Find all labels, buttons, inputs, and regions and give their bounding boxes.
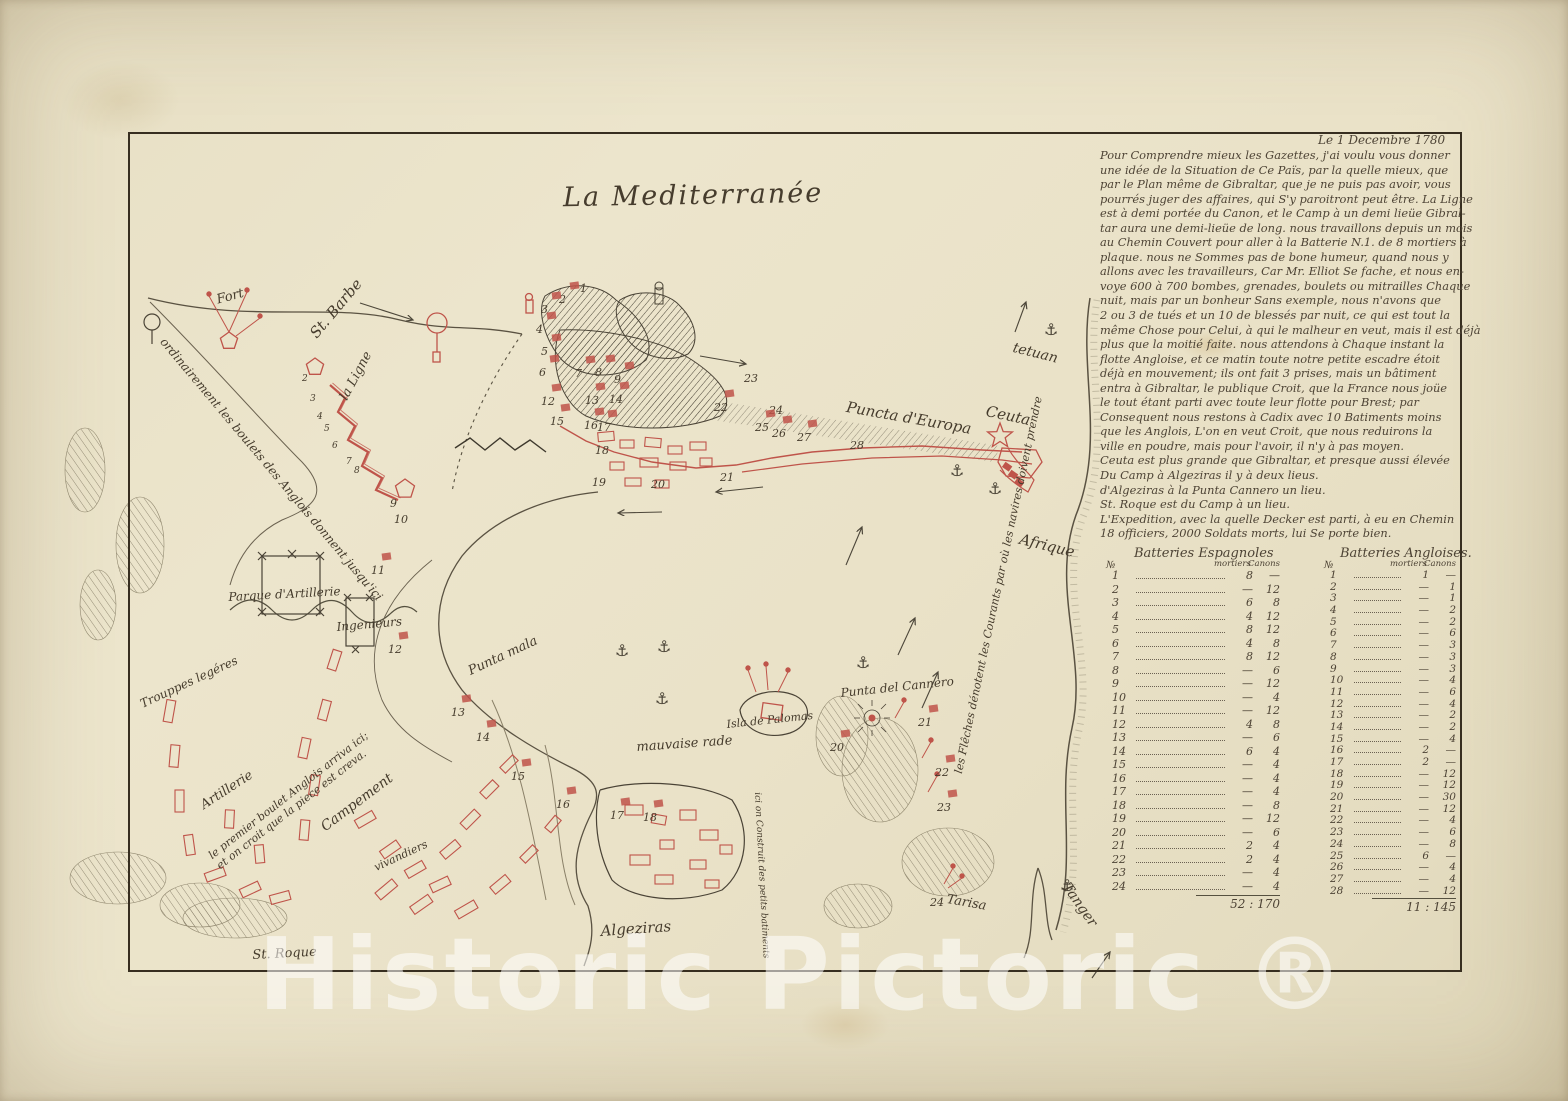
battery-row: 22—4 [1330, 814, 1456, 826]
bt-m: — [1405, 686, 1429, 698]
bt-c: 4 [1253, 772, 1280, 785]
commentary-line: nuit, mais par un bonheur Sans exemple, … [1100, 293, 1456, 308]
battery-row: 6—6 [1330, 627, 1456, 639]
bt-m: — [1405, 616, 1429, 628]
bt-dots [1136, 686, 1225, 687]
bt-dots [1136, 700, 1225, 701]
bt-c: — [1429, 744, 1456, 756]
bt-c: 4 [1253, 785, 1280, 798]
bt-c: 4 [1429, 733, 1456, 745]
bt-m: — [1229, 880, 1253, 893]
bt-m: — [1405, 873, 1429, 885]
bt-no: 13 [1112, 731, 1134, 744]
battery-row: 2124 [1112, 839, 1280, 853]
bt-m: — [1229, 866, 1253, 879]
battery-row: 26—4 [1330, 861, 1456, 873]
bt-m: — [1229, 664, 1253, 677]
commentary-line: voye 600 à 700 bombes, grenades, boulets… [1100, 279, 1456, 294]
bt-m: 4 [1229, 610, 1253, 623]
battery-row: 7—3 [1330, 639, 1456, 651]
battery-row: 2—12 [1112, 583, 1280, 597]
battery-row: 12—4 [1330, 698, 1456, 710]
bt-no: 8 [1330, 651, 1352, 663]
bt-dots [1136, 740, 1225, 741]
battery-row: 368 [1112, 596, 1280, 610]
bt-dots [1136, 848, 1225, 849]
bt-no: 5 [1330, 616, 1352, 628]
bt-c: 12 [1429, 885, 1456, 897]
commentary-line: L'Expedition, avec la quelle Decker est … [1100, 512, 1456, 527]
battery-row: 19—12 [1112, 812, 1280, 826]
bt-c: 4 [1253, 745, 1280, 758]
bt-no: 15 [1112, 758, 1134, 771]
bt-dots [1354, 858, 1401, 859]
bt-m: 6 [1229, 596, 1253, 609]
commentary-line: d'Algeziras à la Punta Cannero un lieu. [1100, 483, 1456, 498]
bt-dots [1354, 787, 1401, 788]
bt-no: 21 [1330, 803, 1352, 815]
bt-no: 4 [1112, 610, 1134, 623]
bt-m: 8 [1229, 650, 1253, 663]
bt-dots [1136, 808, 1225, 809]
battery-row: 5—2 [1330, 616, 1456, 628]
bt-dots [1354, 822, 1401, 823]
commentary-line: plaque. nous ne Sommes pas de bone humeu… [1100, 250, 1456, 265]
battery-row: 13—6 [1112, 731, 1280, 745]
bt-no: 20 [1330, 791, 1352, 803]
bt-dots [1136, 646, 1225, 647]
bt-c: 6 [1253, 731, 1280, 744]
battery-row: 11— [1330, 569, 1456, 581]
bt-m: — [1405, 814, 1429, 826]
bt-m: — [1405, 779, 1429, 791]
aged-paper-background: ⚓ ⚓ ⚓ ⚓ ⚓ ⚓ ⚓ ⚓ La Mediterranée Le 1 Dec… [0, 0, 1568, 1101]
bt-dots [1136, 619, 1225, 620]
bt-m: — [1405, 663, 1429, 675]
bt-m: 6 [1405, 850, 1429, 862]
bt-dots [1354, 600, 1401, 601]
mortiers-header: mortiers [1390, 559, 1424, 569]
bt-no: 24 [1330, 838, 1352, 850]
bt-c: 6 [1429, 826, 1456, 838]
commentary-line: allons avec les travailleurs, Car Mr. El… [1100, 264, 1456, 279]
commentary-line: plus que la moitié faite. nous attendons… [1100, 337, 1456, 352]
battery-row: 256— [1330, 850, 1456, 862]
bt-c: 2 [1429, 616, 1456, 628]
bt-m: — [1405, 674, 1429, 686]
bt-c: 1 [1429, 592, 1456, 604]
bt-m: — [1405, 885, 1429, 897]
commentary-line: flotte Angloise, et ce matin toute notre… [1100, 352, 1456, 367]
canons-header: Canons [1424, 559, 1456, 569]
bt-no: 6 [1330, 627, 1352, 639]
bt-m: — [1405, 627, 1429, 639]
bt-no: 13 [1330, 709, 1352, 721]
bt-no: 23 [1112, 866, 1134, 879]
bt-c: 2 [1429, 721, 1456, 733]
bt-dots [1136, 659, 1225, 660]
bt-dots [1136, 578, 1225, 579]
battery-row: 5812 [1112, 623, 1280, 637]
bt-no: 22 [1112, 853, 1134, 866]
bt-m: 8 [1229, 569, 1253, 582]
bt-dots [1354, 776, 1401, 777]
bt-c: 3 [1429, 663, 1456, 675]
bt-c: 4 [1253, 880, 1280, 893]
bt-dots [1354, 811, 1401, 812]
bt-c: 8 [1253, 718, 1280, 731]
bt-dots [1354, 612, 1401, 613]
bt-c: 6 [1429, 686, 1456, 698]
bt-dots [1354, 694, 1401, 695]
bt-m: — [1405, 604, 1429, 616]
bt-dots [1136, 889, 1225, 890]
bt-no: 19 [1330, 779, 1352, 791]
svg-text:⚓: ⚓ [655, 689, 669, 708]
bt-m: 4 [1229, 718, 1253, 731]
battery-row: 15—4 [1112, 758, 1280, 772]
bt-no: 9 [1112, 677, 1134, 690]
bt-dots [1354, 881, 1401, 882]
bt-no: 3 [1112, 596, 1134, 609]
bt-m: — [1405, 581, 1429, 593]
battery-row: 23—6 [1330, 826, 1456, 838]
bt-m: 4 [1229, 637, 1253, 650]
bt-dots [1354, 752, 1401, 753]
bt-no: 10 [1330, 674, 1352, 686]
bt-c: 6 [1253, 664, 1280, 677]
commentary-line: Du Camp à Algeziras il y à deux lieus. [1100, 468, 1456, 483]
battery-row: 15—4 [1330, 733, 1456, 745]
mortiers-header: mortiers [1214, 559, 1248, 569]
bt-dots [1354, 706, 1401, 707]
commentary-line: tar aura une demi-lieüe de long. nous tr… [1100, 221, 1456, 236]
svg-text:⚓: ⚓ [988, 479, 1002, 498]
commentary-line: Pour Comprendre mieux les Gazettes, j'ai… [1100, 148, 1456, 163]
bt-dots [1136, 767, 1225, 768]
bt-dots [1354, 589, 1401, 590]
bt-no: 11 [1112, 704, 1134, 717]
map-title: La Mediterranée [563, 178, 824, 214]
bt-dots [1354, 647, 1401, 648]
bt-no: 23 [1330, 826, 1352, 838]
bt-c: 8 [1253, 799, 1280, 812]
bt-no: 7 [1330, 639, 1352, 651]
battery-row: 18—8 [1112, 799, 1280, 813]
bt-no: 25 [1330, 850, 1352, 862]
bt-m: — [1405, 698, 1429, 710]
bt-m: 2 [1229, 853, 1253, 866]
bt-m: — [1229, 812, 1253, 825]
battery-row: 3—1 [1330, 592, 1456, 604]
bt-m: — [1405, 592, 1429, 604]
battery-row: 21—12 [1330, 803, 1456, 815]
bt-no: 2 [1112, 583, 1134, 596]
batteries-espagnoles-rows: 18—2—123684412581264878128—69—1210—411—1… [1112, 569, 1280, 893]
bt-dots [1136, 605, 1225, 606]
bt-m: — [1229, 826, 1253, 839]
bt-dots [1136, 673, 1225, 674]
bt-dots [1136, 794, 1225, 795]
bt-no: 26 [1330, 861, 1352, 873]
bt-no: 16 [1112, 772, 1134, 785]
bt-c: — [1253, 569, 1280, 582]
battery-row: 24—4 [1112, 880, 1280, 894]
commentary-line: Ceuta est plus grande que Gibraltar, et … [1100, 453, 1456, 468]
bt-no: 3 [1330, 592, 1352, 604]
battery-row: 24—8 [1330, 838, 1456, 850]
bt-c: 3 [1429, 651, 1456, 663]
bt-c: 3 [1429, 639, 1456, 651]
bt-no: 5 [1112, 623, 1134, 636]
bt-no: 15 [1330, 733, 1352, 745]
bt-c: 12 [1253, 623, 1280, 636]
bt-c: 4 [1253, 691, 1280, 704]
svg-text:⚓: ⚓ [856, 653, 870, 672]
commentary-line: que les Anglois, L'on en veut Croit, que… [1100, 424, 1456, 439]
battery-row: 19—12 [1330, 779, 1456, 791]
commentary-line: une idée de la Situation de Ce Païs, par… [1100, 163, 1456, 178]
bt-no: 7 [1112, 650, 1134, 663]
battery-row: 16—4 [1112, 772, 1280, 786]
bt-c: 8 [1253, 596, 1280, 609]
commentary-line: 2 ou 3 de tués et un 10 de blessés par n… [1100, 308, 1456, 323]
bt-c: 4 [1253, 866, 1280, 879]
bt-c: 2 [1429, 604, 1456, 616]
bt-c: 12 [1429, 779, 1456, 791]
commentary-line: même Chose pour Celui, à qui le malheur … [1100, 323, 1456, 338]
canons-header: Canons [1248, 559, 1280, 569]
bt-c: 12 [1253, 677, 1280, 690]
bt-m: — [1229, 731, 1253, 744]
bt-c: 12 [1253, 583, 1280, 596]
bt-no: 16 [1330, 744, 1352, 756]
bt-m: — [1405, 768, 1429, 780]
bt-m: — [1405, 791, 1429, 803]
espagnoles-total: 52 : 170 [1196, 895, 1280, 911]
bt-m: 2 [1405, 744, 1429, 756]
svg-text:⚓: ⚓ [657, 637, 671, 656]
bt-m: — [1405, 838, 1429, 850]
bt-m: — [1405, 826, 1429, 838]
bt-dots [1136, 821, 1225, 822]
gibraltar-rock-hatching [542, 282, 1000, 462]
battery-row: 14—2 [1330, 721, 1456, 733]
bt-dots [1354, 869, 1401, 870]
bt-c: — [1429, 850, 1456, 862]
battery-row: 9—12 [1112, 677, 1280, 691]
bt-dots [1136, 781, 1225, 782]
bt-dots [1136, 592, 1225, 593]
bt-dots [1136, 754, 1225, 755]
bt-m: — [1405, 861, 1429, 873]
bt-m: 1 [1405, 569, 1429, 581]
battery-row: 7812 [1112, 650, 1280, 664]
bt-m: — [1229, 785, 1253, 798]
bt-c: 4 [1429, 814, 1456, 826]
bt-no: 12 [1330, 698, 1352, 710]
commentary-line: St. Roque est du Camp à un lieu. [1100, 497, 1456, 512]
bt-no: 17 [1112, 785, 1134, 798]
hills-hatching [65, 428, 994, 938]
battery-row: 27—4 [1330, 873, 1456, 885]
bt-m: — [1405, 639, 1429, 651]
svg-text:⚓: ⚓ [615, 641, 629, 660]
bt-dots [1136, 727, 1225, 728]
batteries-espagnoles-table: № Batteries Espagnoles mortiers Canons 1… [1112, 546, 1280, 911]
battery-row: 4412 [1112, 610, 1280, 624]
bt-c: 2 [1429, 709, 1456, 721]
bt-dots [1354, 846, 1401, 847]
bt-dots [1354, 717, 1401, 718]
bt-c: — [1429, 569, 1456, 581]
battery-row: 2—1 [1330, 581, 1456, 593]
battery-row: 28—12 [1330, 885, 1456, 897]
bt-m: — [1229, 677, 1253, 690]
bt-no: 17 [1330, 756, 1352, 768]
bt-c: 1 [1429, 581, 1456, 593]
bt-no: 22 [1330, 814, 1352, 826]
commentary-line: est à demi portée du Canon, et le Camp à… [1100, 206, 1456, 221]
battery-row: 1248 [1112, 718, 1280, 732]
bt-c: 12 [1253, 650, 1280, 663]
bt-m: — [1405, 803, 1429, 815]
battery-row: 8—3 [1330, 651, 1456, 663]
bt-dots [1354, 635, 1401, 636]
bt-m: 8 [1229, 623, 1253, 636]
bt-dots [1136, 713, 1225, 714]
bt-dots [1136, 632, 1225, 633]
battery-row: 20—30 [1330, 791, 1456, 803]
no-column-header: № [1324, 560, 1333, 571]
angloises-total: 11 : 145 [1372, 898, 1456, 914]
battery-row: 172— [1330, 756, 1456, 768]
bt-c: 4 [1253, 853, 1280, 866]
bt-c: 12 [1429, 803, 1456, 815]
bt-m: — [1405, 721, 1429, 733]
bt-m: — [1229, 758, 1253, 771]
bt-m: — [1405, 651, 1429, 663]
bt-no: 18 [1112, 799, 1134, 812]
commentary-line: pourrés juger des affaires, qui S'y paro… [1100, 192, 1456, 207]
bt-no: 20 [1112, 826, 1134, 839]
bt-c: 4 [1429, 861, 1456, 873]
bt-no: 19 [1112, 812, 1134, 825]
battery-row: 1464 [1112, 745, 1280, 759]
battery-row: 9—3 [1330, 663, 1456, 675]
bt-c: 4 [1253, 839, 1280, 852]
bt-dots [1136, 835, 1225, 836]
bt-c: 4 [1253, 758, 1280, 771]
commentary-line: déjà en mouvement; ils ont fait 3 prises… [1100, 366, 1456, 381]
svg-text:⚓: ⚓ [950, 461, 964, 480]
battery-row: 20—6 [1112, 826, 1280, 840]
battery-row: 2224 [1112, 853, 1280, 867]
bt-m: — [1229, 704, 1253, 717]
bt-no: 14 [1112, 745, 1134, 758]
commentary-paragraph: Pour Comprendre mieux les Gazettes, j'ai… [1100, 148, 1456, 541]
bt-no: 21 [1112, 839, 1134, 852]
bt-dots [1354, 577, 1401, 578]
bt-dots [1354, 729, 1401, 730]
bt-c: 4 [1429, 873, 1456, 885]
bt-dots [1354, 624, 1401, 625]
bt-dots [1354, 893, 1401, 894]
battery-row: 11—6 [1330, 686, 1456, 698]
battery-row: 4—2 [1330, 604, 1456, 616]
battery-row: 11—12 [1112, 704, 1280, 718]
commentary-line: au Chemin Couvert pour aller à la Batter… [1100, 235, 1456, 250]
bt-no: 28 [1330, 885, 1352, 897]
bt-c: 8 [1429, 838, 1456, 850]
bt-c: 12 [1429, 768, 1456, 780]
commentary-line: entra à Gibraltar, le publique Croit, qu… [1100, 381, 1456, 396]
bt-no: 14 [1330, 721, 1352, 733]
bt-m: 6 [1229, 745, 1253, 758]
bt-no: 6 [1112, 637, 1134, 650]
bt-m: 2 [1229, 839, 1253, 852]
battery-row: 8—6 [1112, 664, 1280, 678]
battery-row: 18—12 [1330, 768, 1456, 780]
bt-dots [1354, 659, 1401, 660]
bt-dots [1136, 875, 1225, 876]
bt-c: 4 [1429, 674, 1456, 686]
svg-text:⚓: ⚓ [1044, 320, 1058, 339]
bt-c: 4 [1429, 698, 1456, 710]
bt-c: 6 [1429, 627, 1456, 639]
batteries-angloises-table: № Batteries Angloises. mortiers Canons 1… [1330, 546, 1456, 914]
bt-m: 2 [1405, 756, 1429, 768]
bt-c: — [1429, 756, 1456, 768]
bt-no: 9 [1330, 663, 1352, 675]
bt-c: 12 [1253, 610, 1280, 623]
battery-row: 23—4 [1112, 866, 1280, 880]
bt-no: 24 [1112, 880, 1134, 893]
bt-dots [1136, 862, 1225, 863]
battery-row: 17—4 [1112, 785, 1280, 799]
bt-m: — [1229, 799, 1253, 812]
battery-row: 10—4 [1330, 674, 1456, 686]
date-line: Le 1 Decembre 1780 [1318, 133, 1445, 147]
bt-c: 6 [1253, 826, 1280, 839]
commentary-line: le tout étant parti avec toute leur flot… [1100, 395, 1456, 410]
bt-c: 12 [1253, 812, 1280, 825]
bt-dots [1354, 834, 1401, 835]
bt-dots [1354, 764, 1401, 765]
bt-no: 2 [1330, 581, 1352, 593]
bt-no: 10 [1112, 691, 1134, 704]
bt-no: 27 [1330, 873, 1352, 885]
bt-dots [1354, 682, 1401, 683]
bt-m: — [1405, 709, 1429, 721]
bt-m: — [1229, 583, 1253, 596]
bt-c: 30 [1429, 791, 1456, 803]
bt-no: 11 [1330, 686, 1352, 698]
bt-no: 18 [1330, 768, 1352, 780]
commentary-line: par le Plan même de Gibraltar, que je ne… [1100, 177, 1456, 192]
bt-dots [1354, 671, 1401, 672]
battery-row: 10—4 [1112, 691, 1280, 705]
bt-m: — [1229, 772, 1253, 785]
bt-m: — [1229, 691, 1253, 704]
commentary-line: 18 officiers, 2000 Soldats morts, lui Se… [1100, 526, 1456, 541]
bt-dots [1354, 741, 1401, 742]
no-column-header: № [1106, 560, 1115, 571]
commentary-line: ville en poudre, mais pour l'avoir, il n… [1100, 439, 1456, 454]
bt-no: 4 [1330, 604, 1352, 616]
battery-row: 648 [1112, 637, 1280, 651]
bt-no: 8 [1112, 664, 1134, 677]
